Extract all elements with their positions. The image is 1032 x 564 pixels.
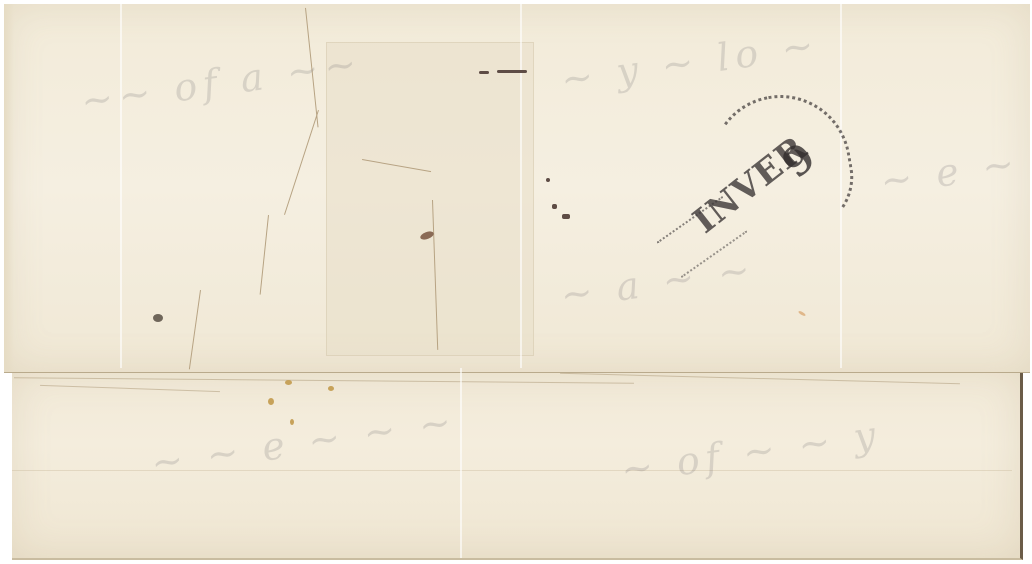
fold-crease xyxy=(120,4,122,368)
foxing-spot xyxy=(268,398,274,405)
foxing-spot xyxy=(285,380,292,385)
letter-lower-fold xyxy=(12,368,1023,560)
ink-mark xyxy=(546,178,550,182)
paper-edge xyxy=(4,4,14,372)
letter-photo: ~~ of a ~~ ~ y ~ lo ~ ~ e ~ ~ a ~ ~ ~ ~ … xyxy=(0,0,1032,564)
ink-mark xyxy=(497,70,527,73)
ink-mark xyxy=(552,204,557,209)
foxing-spot xyxy=(328,386,334,391)
fold-crease xyxy=(460,368,462,558)
foxing-spot xyxy=(290,419,294,425)
ink-mark xyxy=(562,214,570,219)
fold-crease xyxy=(12,470,1012,471)
ink-mark xyxy=(479,71,489,74)
seal-area xyxy=(326,42,534,356)
postmark-stamp: INVER 9 xyxy=(650,95,850,290)
fold-crease xyxy=(520,4,522,368)
stain-spot xyxy=(153,314,163,322)
